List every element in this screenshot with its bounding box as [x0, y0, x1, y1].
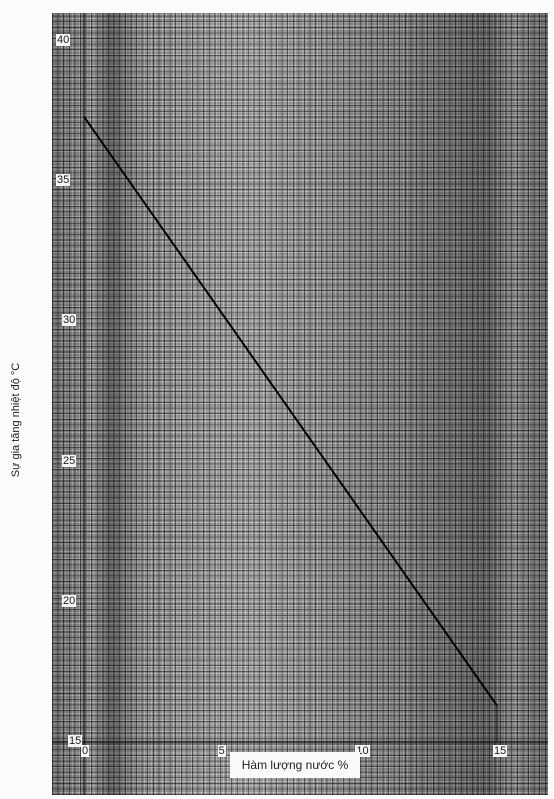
chart-canvas: [0, 0, 554, 799]
series-line: [84, 117, 497, 706]
y-tick-label: 40: [56, 34, 70, 46]
x-tick-label: 0: [81, 745, 89, 757]
x-tick-label: 5: [218, 745, 226, 757]
x-axis-title: Hàm lượng nước %: [230, 752, 360, 778]
x-tick-label: 15: [493, 745, 507, 757]
y-tick-label: 20: [62, 595, 76, 607]
y-tick-label: 30: [62, 314, 76, 326]
y-tick-label: 25: [62, 455, 76, 467]
y-axis-title-text: Sự gia tăng nhiệt độ °C: [10, 363, 22, 478]
y-tick-label: 35: [56, 174, 70, 186]
